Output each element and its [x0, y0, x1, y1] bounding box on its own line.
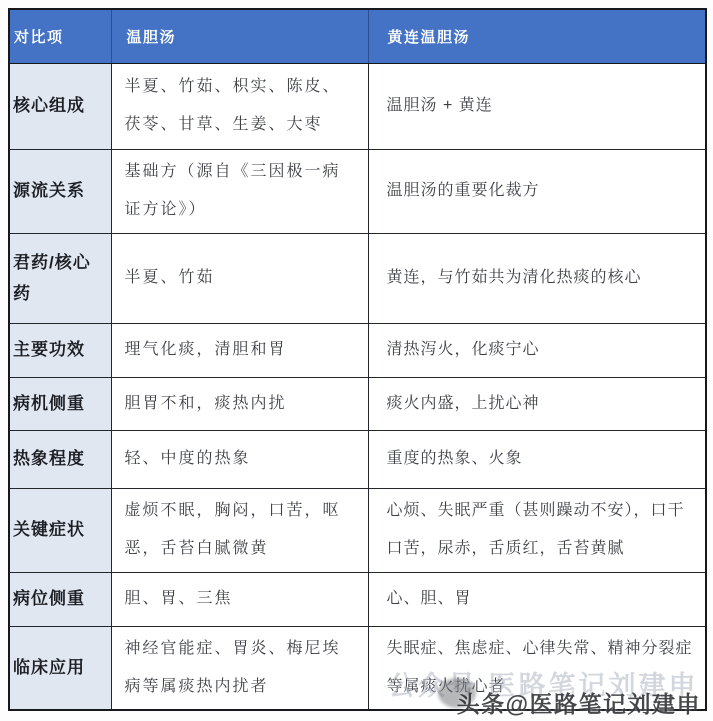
table-row: 热象程度 轻、中度的热象 重度的热象、火象: [9, 430, 706, 488]
row-label-clinical-application: 临床应用: [9, 626, 111, 710]
table-row: 君药/核心 药 半夏、竹茹 黄连，与竹茹共为清化热痰的核心: [9, 233, 706, 323]
table-row: 关键症状 虚烦不眠，胸闷，口苦，呕 恶，舌苔白腻微黄 心烦、失眠严重（甚则躁动不…: [9, 488, 706, 572]
cell-wendan-disease-location: 胆、胃、三焦: [111, 572, 368, 626]
col-header-wendantang: 温胆汤: [111, 9, 368, 63]
decoction-comparison-table: 对比项 温胆汤 黄连温胆汤 核心组成 半夏、竹茹、枳实、陈皮、 茯苓、甘草、生姜…: [8, 8, 707, 711]
header-row: 对比项 温胆汤 黄连温胆汤: [9, 9, 706, 63]
row-label-main-effect: 主要功效: [9, 323, 111, 377]
row-label-core-composition: 核心组成: [9, 63, 111, 149]
cell-wendan-main-effect: 理气化痰，清胆和胃: [111, 323, 368, 377]
table-row: 病机侧重 胆胃不和，痰热内扰 痰火内盛，上扰心神: [9, 377, 706, 430]
screenshot-canvas: 对比项 温胆汤 黄连温胆汤 核心组成 半夏、竹茹、枳实、陈皮、 茯苓、甘草、生姜…: [0, 0, 713, 721]
col-header-compare-item: 对比项: [9, 9, 111, 63]
row-label-origin: 源流关系: [9, 149, 111, 233]
cell-huanglian-key-symptoms: 心烦、失眠严重（甚则躁动不安），口干 口苦，尿赤，舌质红，舌苔黄腻: [368, 488, 706, 572]
cell-huanglian-heat-degree: 重度的热象、火象: [368, 430, 706, 488]
cell-wendan-heat-degree: 轻、中度的热象: [111, 430, 368, 488]
cell-wendan-clinical-application: 神经官能症、胃炎、梅尼埃 病等属痰热内扰者: [111, 626, 368, 710]
cell-huanglian-origin: 温胆汤的重要化裁方: [368, 149, 706, 233]
cell-huanglian-pathogenesis: 痰火内盛，上扰心神: [368, 377, 706, 430]
row-label-disease-location: 病位侧重: [9, 572, 111, 626]
cell-huanglian-disease-location: 心、胆、胃: [368, 572, 706, 626]
table-row: 源流关系 基础方（源自《三因极一病 证方论》） 温胆汤的重要化裁方: [9, 149, 706, 233]
row-label-chief-herb: 君药/核心 药: [9, 233, 111, 323]
table-row: 主要功效 理气化痰，清胆和胃 清热泻火，化痰宁心: [9, 323, 706, 377]
cell-huanglian-clinical-application: 失眠症、焦虑症、心律失常、精神分裂症 等属痰火扰心者: [368, 626, 706, 710]
table-row: 核心组成 半夏、竹茹、枳实、陈皮、 茯苓、甘草、生姜、大枣 温胆汤 + 黄连: [9, 63, 706, 149]
cell-wendan-origin: 基础方（源自《三因极一病 证方论》）: [111, 149, 368, 233]
col-header-huanglian-wendantang: 黄连温胆汤: [368, 9, 706, 63]
cell-huanglian-chief-herb: 黄连，与竹茹共为清化热痰的核心: [368, 233, 706, 323]
cell-wendan-pathogenesis: 胆胃不和，痰热内扰: [111, 377, 368, 430]
cell-wendan-chief-herb: 半夏、竹茹: [111, 233, 368, 323]
table-row: 病位侧重 胆、胃、三焦 心、胆、胃: [9, 572, 706, 626]
cell-huanglian-core-composition: 温胆汤 + 黄连: [368, 63, 706, 149]
row-label-heat-degree: 热象程度: [9, 430, 111, 488]
cell-huanglian-main-effect: 清热泻火，化痰宁心: [368, 323, 706, 377]
table-row: 临床应用 神经官能症、胃炎、梅尼埃 病等属痰热内扰者 失眠症、焦虑症、心律失常、…: [9, 626, 706, 710]
row-label-pathogenesis: 病机侧重: [9, 377, 111, 430]
cell-wendan-core-composition: 半夏、竹茹、枳实、陈皮、 茯苓、甘草、生姜、大枣: [111, 63, 368, 149]
cell-wendan-key-symptoms: 虚烦不眠，胸闷，口苦，呕 恶，舌苔白腻微黄: [111, 488, 368, 572]
row-label-key-symptoms: 关键症状: [9, 488, 111, 572]
